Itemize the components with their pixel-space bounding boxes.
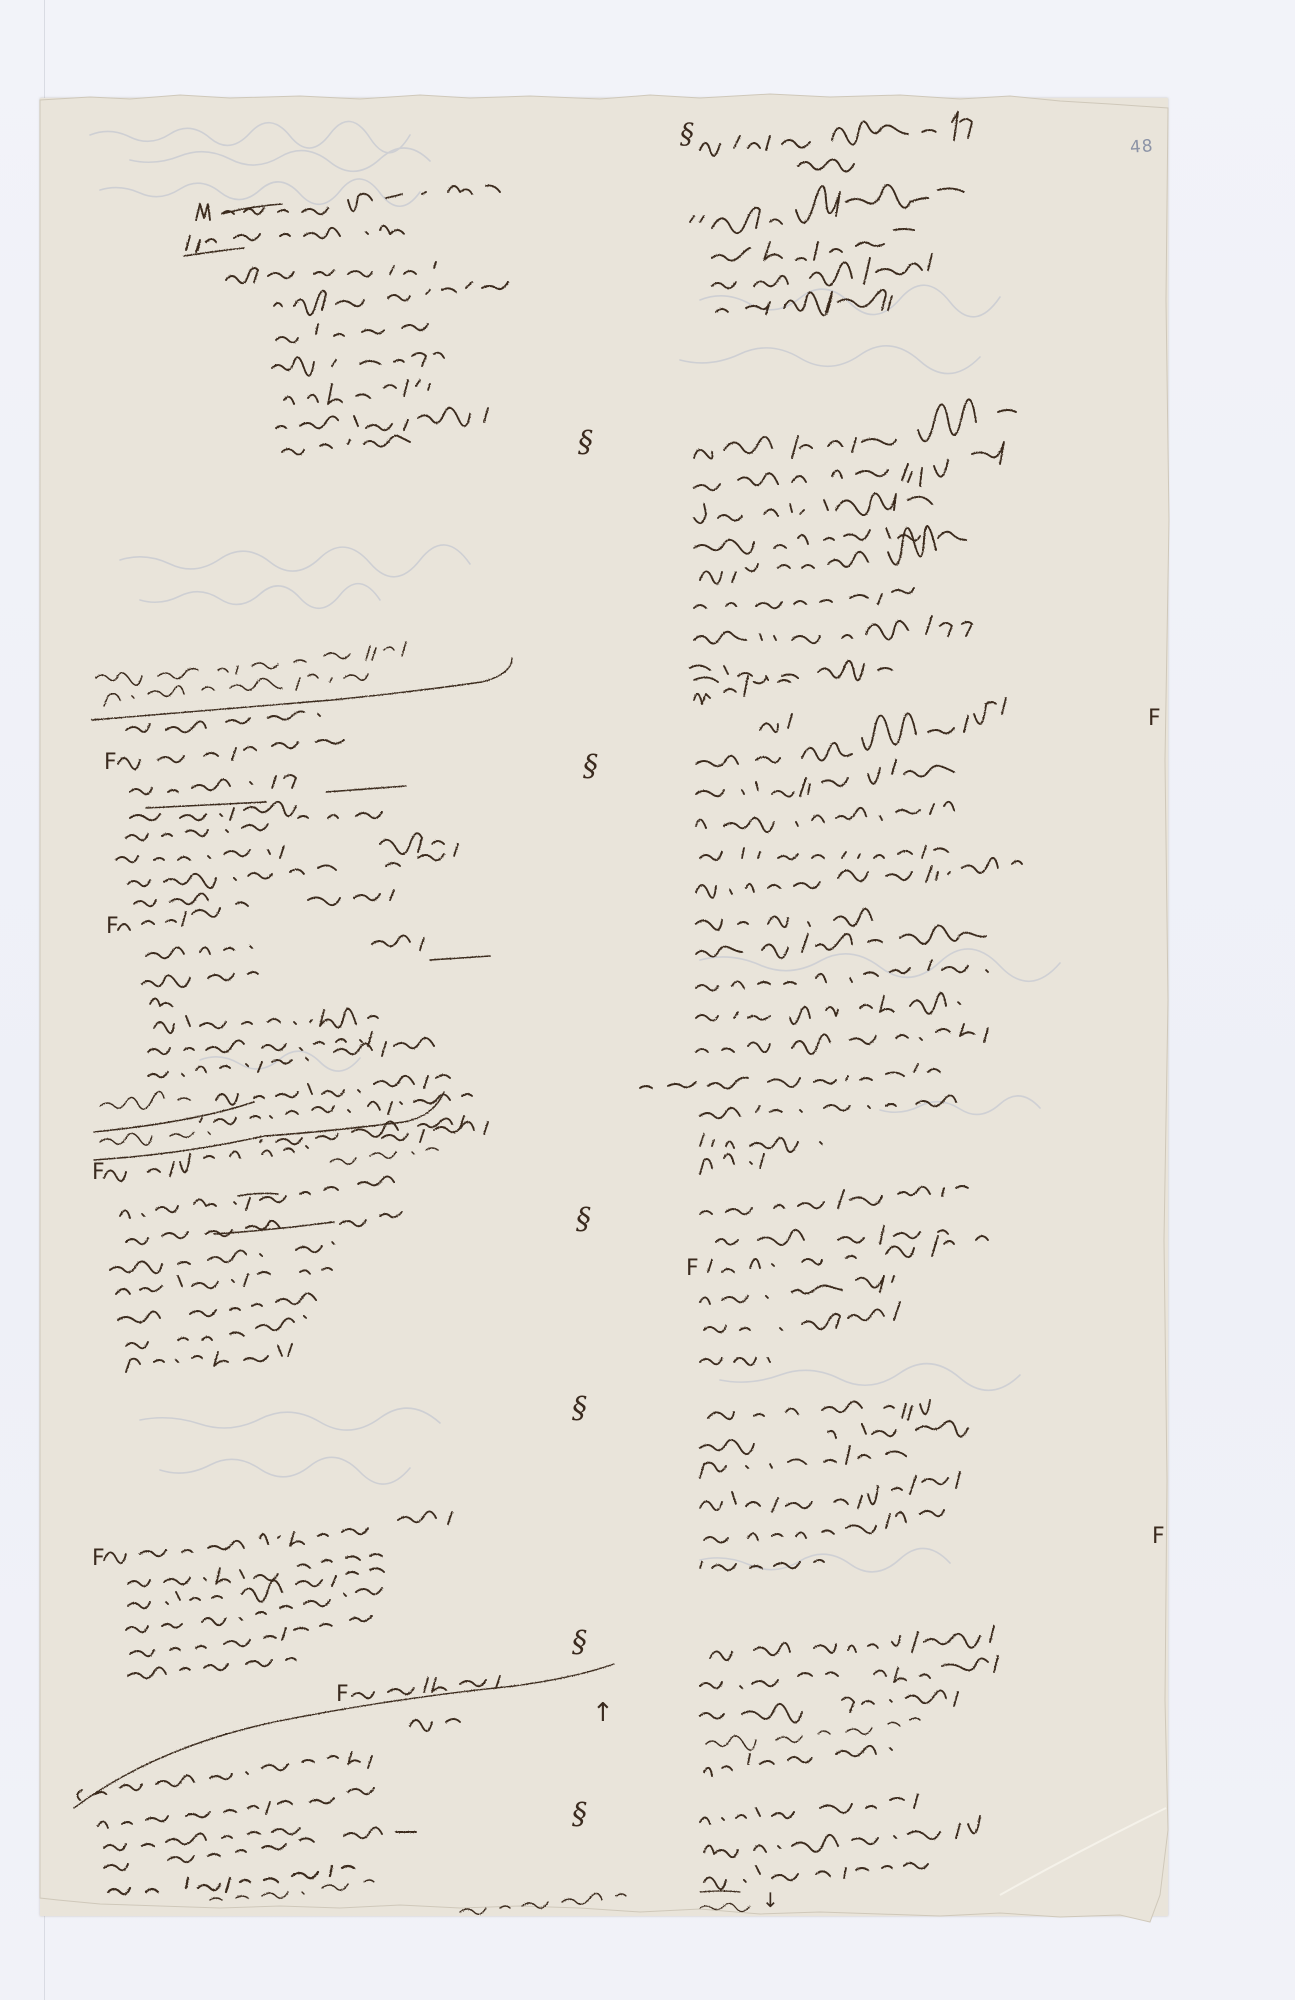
section-mark: § [572, 1628, 587, 1658]
f-mark: F [92, 1162, 105, 1184]
paper-torn-edge [40, 94, 1169, 1922]
f-mark: F [1152, 1526, 1165, 1548]
manuscript-ink-layer [0, 0, 1295, 2000]
section-mark: § [578, 428, 593, 458]
f-mark: F [104, 752, 117, 774]
section-mark: § [572, 1800, 587, 1830]
arrow-up-icon: ↑ [592, 1700, 614, 1726]
arrow-down-icon: ↓ [762, 1890, 779, 1910]
page-number: 48 [1129, 136, 1154, 158]
f-mark: F [686, 1258, 699, 1280]
f-mark: F [1148, 708, 1161, 730]
f-mark: F [336, 1684, 349, 1706]
section-mark: § [572, 1394, 587, 1424]
section-mark: § [680, 120, 694, 148]
section-mark: § [576, 1205, 591, 1235]
f-mark: F [106, 916, 119, 938]
f-mark: F [92, 1548, 105, 1570]
section-mark: § [583, 752, 598, 782]
